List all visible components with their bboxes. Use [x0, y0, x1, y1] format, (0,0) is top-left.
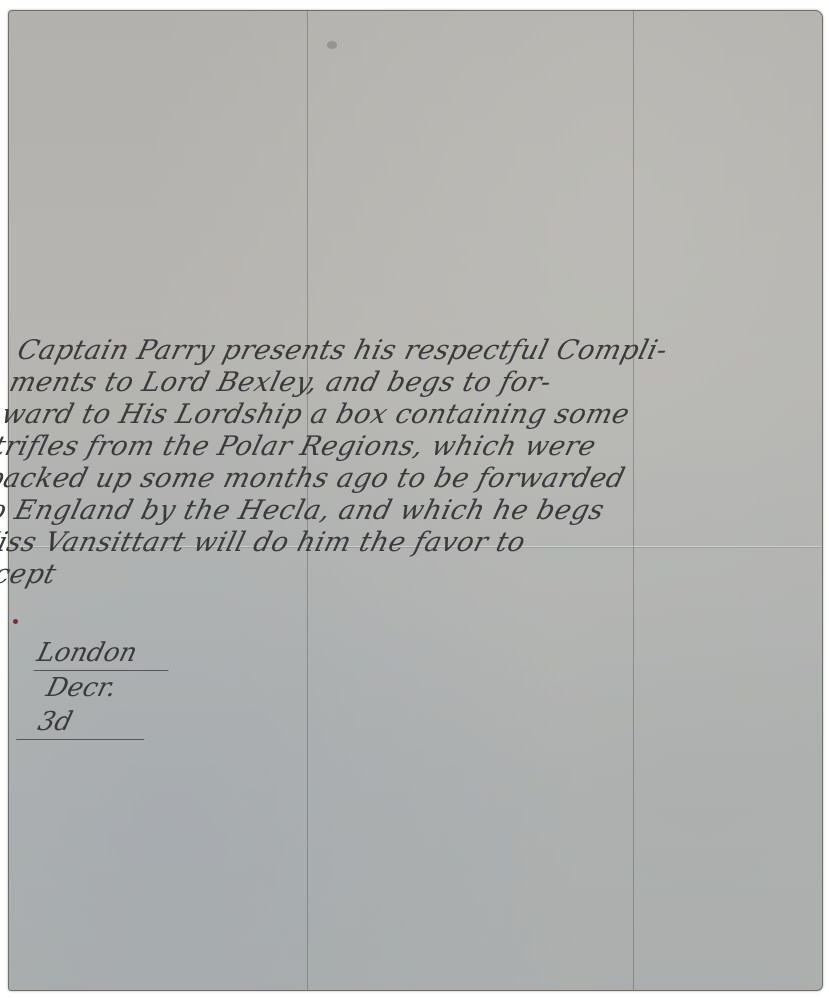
letter-line: to England by the Hecla, and which he be…: [0, 495, 772, 527]
letter-line: Captain Parry presents his respectful Co…: [14, 335, 812, 367]
letter-line: accept: [0, 559, 756, 591]
letter-line: ments to Lord Bexley, and begs to for-: [6, 367, 804, 399]
letter-line: Miss Vansittart will do him the favor to: [0, 527, 764, 559]
paper-spot: [327, 41, 337, 49]
ink-mark: [13, 619, 18, 624]
letter-closing: London Decr. 3d: [16, 636, 177, 740]
letter-line: ward to His Lordship a box containing so…: [0, 399, 796, 431]
letter-line: trifles from the Polar Regions, which we…: [0, 431, 788, 463]
closing-place: London: [33, 636, 177, 671]
letter-body: Captain Parry presents his respectful Co…: [0, 335, 812, 591]
letter-line: packed up some months ago to be forwarde…: [0, 463, 780, 495]
closing-date: Decr. 3d: [16, 671, 161, 740]
